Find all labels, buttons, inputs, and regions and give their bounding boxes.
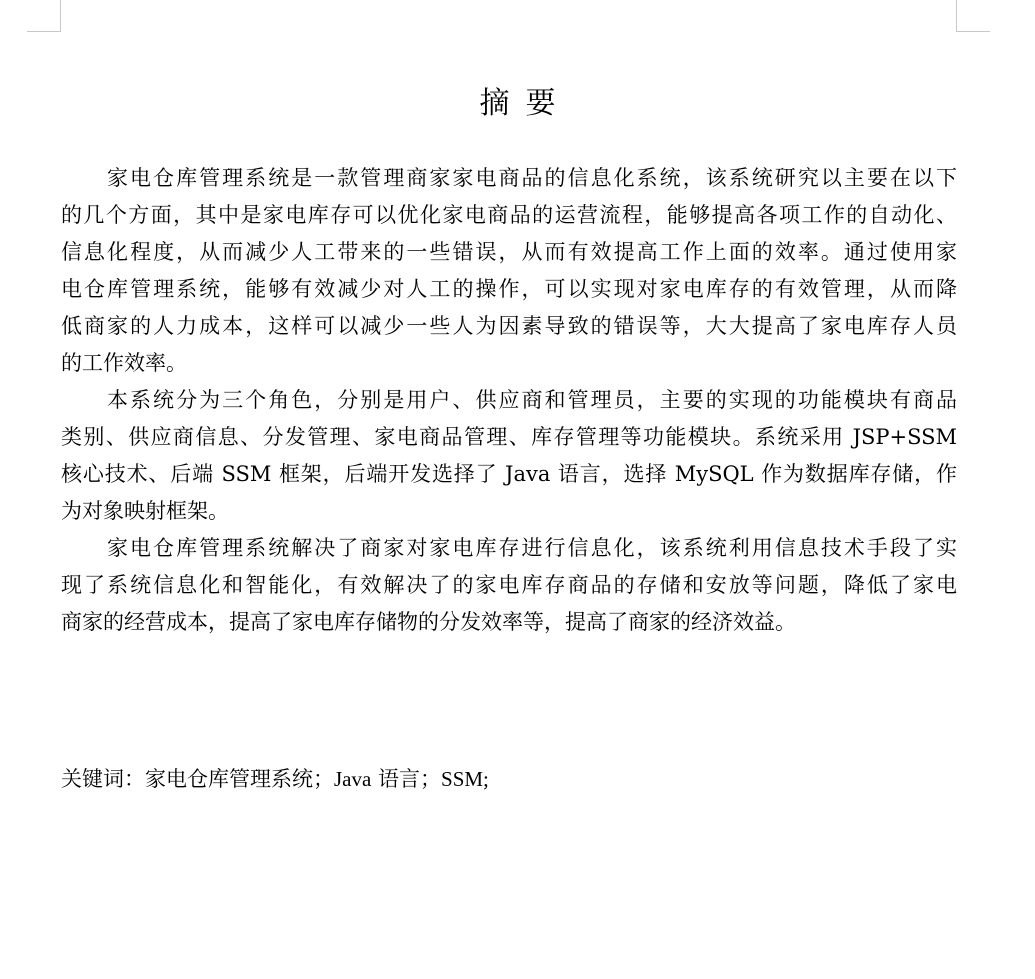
text-line: 类别、供应商信息、分发管理、家电商品管理、库存管理等功能模块。系统采用 JSP+… <box>61 419 957 456</box>
abstract-title: 摘要 <box>0 78 1035 122</box>
text-line: 的几个方面，其中是家电库存可以优化家电商品的运营流程，能够提高各项工作的自动化、 <box>61 197 957 234</box>
paragraph-1: 家电仓库管理系统是一款管理商家家电商品的信息化系统，该系统研究以主要在以下 的几… <box>61 160 957 382</box>
paragraph-2: 本系统分为三个角色，分别是用户、供应商和管理员，主要的实现的功能模块有商品 类别… <box>61 382 957 530</box>
text-line: 本系统分为三个角色，分别是用户、供应商和管理员，主要的实现的功能模块有商品 <box>61 382 957 419</box>
abstract-body: 家电仓库管理系统是一款管理商家家电商品的信息化系统，该系统研究以主要在以下 的几… <box>61 160 957 641</box>
text-line: 的工作效率。 <box>61 345 957 382</box>
text-line: 现了系统信息化和智能化，有效解决了的家电库存商品的存储和安放等问题，降低了家电 <box>61 567 957 604</box>
text-line: 核心技术、后端 SSM 框架，后端开发选择了 Java 语言，选择 MySQL … <box>61 456 957 493</box>
text-line: 为对象映射框架。 <box>61 493 957 530</box>
text-line: 家电仓库管理系统是一款管理商家家电商品的信息化系统，该系统研究以主要在以下 <box>61 160 957 197</box>
page-corner-mark-top-right <box>956 0 957 31</box>
page-corner-mark-top-left <box>27 31 61 32</box>
keyword-item: Java <box>334 767 371 791</box>
text-line: 低商家的人力成本，这样可以减少一些人为因素导致的错误等，大大提高了家电库存人员 <box>61 308 957 345</box>
text-line: 电仓库管理系统，能够有效减少对人工的操作，可以实现对家电库存的有效管理，从而降 <box>61 271 957 308</box>
keywords-label: 关键词： <box>61 767 145 791</box>
keyword-item: 语言； <box>371 767 441 791</box>
title-char: 要 <box>526 78 556 122</box>
keyword-item: SSM; <box>441 767 489 791</box>
paragraph-3: 家电仓库管理系统解决了商家对家电库存进行信息化，该系统利用信息技术手段了实 现了… <box>61 530 957 641</box>
page-corner-mark-top-left <box>60 0 61 31</box>
keyword-item: 家电仓库管理系统； <box>145 767 334 791</box>
text-line: 家电仓库管理系统解决了商家对家电库存进行信息化，该系统利用信息技术手段了实 <box>61 530 957 567</box>
keywords-line: 关键词：家电仓库管理系统；Java 语言；SSM; <box>61 762 489 796</box>
text-line: 信息化程度，从而减少人工带来的一些错误，从而有效提高工作上面的效率。通过使用家 <box>61 234 957 271</box>
title-char: 摘 <box>480 78 510 122</box>
page-corner-mark-top-right <box>956 31 990 32</box>
text-line: 商家的经营成本，提高了家电库存储物的分发效率等，提高了商家的经济效益。 <box>61 604 957 641</box>
